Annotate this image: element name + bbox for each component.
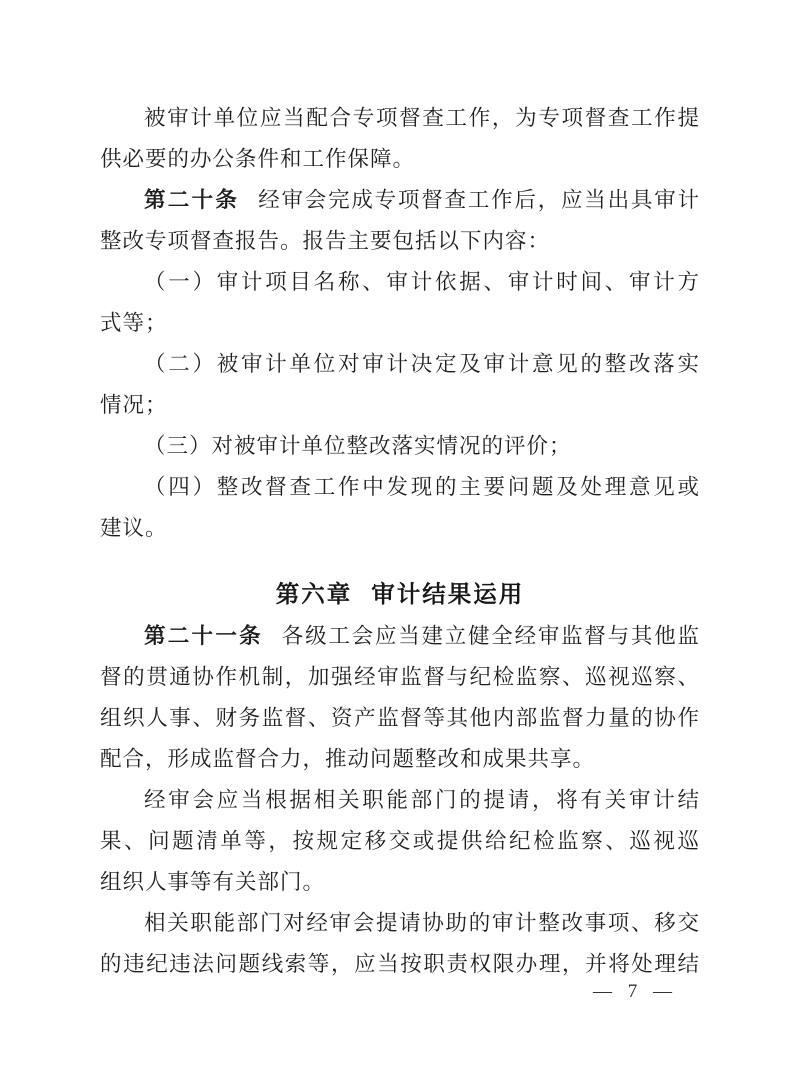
text-line: （一）审计项目名称、审计依据、审计时间、审计方: [100, 262, 700, 303]
text-line: 相关职能部门对经审会提请协助的审计整改事项、移交: [100, 903, 700, 944]
text-line: 的违纪违法问题线索等，应当按职责权限办理，并将处理结: [100, 944, 700, 985]
text-line: 第二十条经审会完成专项督查工作后，应当出具审计: [100, 180, 700, 221]
text-line: （四）整改督查工作中发现的主要问题及处理意见或: [100, 467, 700, 508]
text-line: 组织人事、财务监督、资产监督等其他内部监督力量的协作: [100, 698, 700, 739]
body-text: 配合，形成监督合力，推动问题整改和成果共享。: [100, 747, 595, 771]
body-text: 情况；: [100, 393, 168, 417]
text-line: 情况；: [100, 385, 700, 426]
text-line: 建议。: [100, 508, 700, 549]
text-line: 组织人事等有关部门。: [100, 862, 700, 903]
body-text: 相关职能部门对经审会提请协助的审计整改事项、移交: [144, 911, 700, 935]
text-line: 整改专项督查报告。报告主要包括以下内容：: [100, 221, 700, 262]
text-line: （三）对被审计单位整改落实情况的评价；: [100, 426, 700, 467]
text-line: 果、问题清单等，按规定移交或提供给纪检监察、巡视巡察、: [100, 821, 700, 862]
text-line: （二）被审计单位对审计决定及审计意见的整改落实: [100, 344, 700, 385]
body-text: （四）整改督查工作中发现的主要问题及处理意见或: [144, 475, 700, 499]
body-text: （三）对被审计单位整改落实情况的评价；: [144, 434, 572, 458]
text-line: 被审计单位应当配合专项督查工作，为专项督查工作提: [100, 98, 700, 139]
body-text: 经审会完成专项督查工作后，应当出具审计: [258, 188, 700, 212]
chapter-heading: 第六章审计结果运用: [100, 574, 700, 615]
text-line: 式等；: [100, 303, 700, 344]
body-text: 经审会应当根据相关职能部门的提请，将有关审计结: [144, 788, 700, 812]
body-text: 果、问题清单等，按规定移交或提供给纪检监察、巡视巡察、: [100, 829, 700, 862]
article-number-label: 第二十条: [144, 188, 239, 212]
body-text: 组织人事等有关部门。: [100, 870, 325, 894]
article-number-label: 第二十一条: [144, 624, 263, 648]
document-body: 被审计单位应当配合专项督查工作，为专项督查工作提供必要的办公条件和工作保障。第二…: [100, 98, 700, 985]
body-text: 组织人事、财务监督、资产监督等其他内部监督力量的协作: [100, 706, 700, 730]
chapter-number: 第六章: [276, 581, 353, 607]
body-text: （一）审计项目名称、审计依据、审计时间、审计方: [144, 270, 700, 294]
text-line: 配合，形成监督合力，推动问题整改和成果共享。: [100, 739, 700, 780]
text-line: 经审会应当根据相关职能部门的提请，将有关审计结: [100, 780, 700, 821]
chapter-title: 审计结果运用: [371, 581, 524, 607]
page-number-text: — 7 —: [593, 981, 674, 1002]
page-number: — 7 —: [593, 981, 674, 1003]
body-text: 整改专项督查报告。报告主要包括以下内容：: [100, 229, 550, 253]
body-text: 被审计单位应当配合专项督查工作，为专项督查工作提: [144, 106, 700, 130]
text-line: 督的贯通协作机制，加强经审监督与纪检监察、巡视巡察、: [100, 657, 700, 698]
body-text: 的违纪违法问题线索等，应当按职责权限办理，并将处理结: [100, 952, 700, 976]
body-text: 各级工会应当建立健全经审监督与其他监: [282, 624, 700, 648]
text-line: 供必要的办公条件和工作保障。: [100, 139, 700, 180]
body-text: （二）被审计单位对审计决定及审计意见的整改落实: [144, 352, 700, 376]
body-text: 督的贯通协作机制，加强经审监督与纪检监察、巡视巡察、: [100, 665, 700, 689]
body-text: 供必要的办公条件和工作保障。: [100, 147, 415, 171]
body-text: 式等；: [100, 311, 168, 335]
document-page: 被审计单位应当配合专项督查工作，为专项督查工作提供必要的办公条件和工作保障。第二…: [0, 0, 800, 1092]
body-text: 建议。: [100, 516, 168, 540]
text-line: 第二十一条各级工会应当建立健全经审监督与其他监: [100, 616, 700, 657]
